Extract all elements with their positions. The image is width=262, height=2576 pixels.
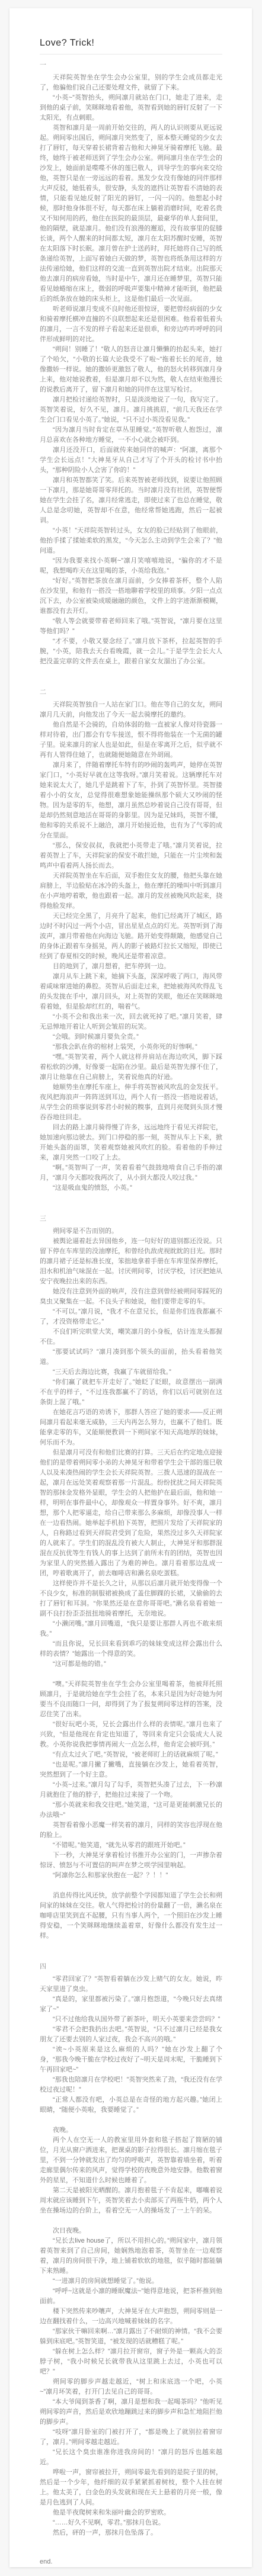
story-paragraph: 天祥院英智独自一人站在家门口。他在等自己的女友，朔间凛月几天前，向他发出了今天一… bbox=[40, 700, 222, 720]
story-paragraph: 在她花言巧语的劝诱下，那群人答应了她的要求——反正朔间凛月看起来毫无威胁，三天内… bbox=[40, 1408, 222, 1448]
story-paragraph: 凛月从车上跳下来，她摘下头盔，深深呼吸了两口，海风带着咸味窜进她的鼻腔。英智从后… bbox=[40, 972, 222, 1012]
story-paragraph: “因为我要来找小英啊~”凛月笑嘻嘻地说，“骗你的才不是呢，我想喝昨天在这里喝的茶… bbox=[40, 556, 222, 576]
story-paragraph: “小英不会和我出来一次，回去就死掉了吧。”凛月笑着，肆无忌惮地开着让人听到会皱眉… bbox=[40, 1012, 222, 1032]
story-paragraph: “不可以。”凛月说，“我才不在意兄长，但是你们连我都赢不了，才没资格带走它。” bbox=[40, 1307, 222, 1327]
story-paragraph: “会哦。到时候凛月要负全责。” bbox=[40, 1032, 222, 1042]
scene-break bbox=[40, 2216, 222, 2226]
story-paragraph: 英智看着像小恶魔一样笑着的凛月，同样的笑容也浮现在他的脸上。 bbox=[40, 1820, 222, 1841]
section-gap bbox=[40, 667, 222, 687]
story-paragraph: “小英！”天祥院英智转过头，女友的脸已经贴到了他眼前，他抬手揉了揉她柔软的黑发，… bbox=[40, 526, 222, 556]
story-paragraph: “阿凛你怎么和那家伙抱在一起？？！！” bbox=[40, 1871, 222, 1881]
story-paragraph: 她顺势坐在摩托车座上，伸手将英智被风吹乱的金发抚平。夜风把海浪声一阵阵送到耳边，… bbox=[40, 1083, 222, 1123]
story-paragraph: “也是呢。”凛月撇了撇嘴，直接躺在沙发上，她看着英智，突然想到了一个好主意。 bbox=[40, 1760, 222, 1780]
story-paragraph: “噢。”天祥院英智坐在学生会办公室里喝着茶，他被拜托照顾凛月，于是就给她在学生会… bbox=[40, 1679, 222, 1720]
story-body: 一天祥院英智坐在学生会办公室里，别的学生会成员都走光了，他骗他们说自己还要处理文… bbox=[40, 60, 222, 2538]
story-paragraph: “那要试试吗？”凛月凑到那个领头的面前，抬头看着他笑道。 bbox=[40, 1347, 222, 1367]
story-paragraph: “兄长去live house了，所以不用担心的。”朔间家中，凛月领着英智来到了自… bbox=[40, 2236, 222, 2276]
story-paragraph: “才不要，小敬又要念经了。”凛月放下茶杯，拉起英智的手腕，“小英，陪我去天台看晚… bbox=[40, 637, 222, 667]
story-paragraph: “嘿。”英智笑着，两个人就这样并肩站在海边吹风，脚下踩着松软的沙滩，好像要一起陷… bbox=[40, 1052, 222, 1083]
story-paragraph: “这可都是他的错。” bbox=[40, 1659, 222, 1669]
story-paragraph: “这是吸血鬼的愤怒，小英。” bbox=[40, 1183, 222, 1193]
story-paragraph: “很好玩吧小英，兄长会露出什么样的表情呢。”凛月也来了兴致，“但是他现在肯定也知… bbox=[40, 1720, 222, 1750]
story-paragraph: “吱呀”凛月卧室的门被打开了，“都是晚上了就别拉着窗帘了，凛月。”朔间零越走越近… bbox=[40, 2427, 222, 2447]
story-paragraph: 然后，砰的一声，那抹月色坠落了。 bbox=[40, 2528, 222, 2538]
section-marker: 四 bbox=[40, 1961, 222, 1971]
story-paragraph: “小英~过来。”凛月勾了勾手，英智把头凑了过去，下一秒凛月就抱住了他的脖子，把他… bbox=[40, 1780, 222, 1800]
section-marker: 三 bbox=[40, 1213, 222, 1223]
story-paragraph: 两个人在空无一人的教室里用外套和毯子搭起了简陋的铺位，月光从窗户洒进来，把课桌的… bbox=[40, 2135, 222, 2186]
story-paragraph: 朔间零是不告而别的。 bbox=[40, 1226, 222, 1236]
story-paragraph: 不良们听完哄堂大笑，嘲笑凛月的小身板，估计连龙头都握不住。 bbox=[40, 1327, 222, 1347]
story-paragraph: “正常人都没有吧，小英总是在奇怪的地方起兴趣。”她闭上眼睛，“随便小英啦，我要睡… bbox=[40, 2095, 222, 2115]
title-divider bbox=[40, 54, 222, 54]
story-paragraph: 凛月把检讨递给英智时，只是淡淡地说了一句，我写完了。英智笑着说，好久不见，凛月。… bbox=[40, 395, 222, 425]
article-card: Love? Trick! 一天祥院英智坐在学生会办公室里，别的学生会成员都走光了… bbox=[9, 8, 252, 2567]
story-paragraph: 天祥院英智坐在学生会办公室里，别的学生会成员都走光了，他骗他们说自己还要处理文件… bbox=[40, 73, 222, 93]
section-marker: 一 bbox=[40, 60, 222, 69]
story-paragraph: 第二天是被阳光晒醒的。凛月抱着毯子不肯起来，嘟囔着说周末就应该睡到下午，英智笑着… bbox=[40, 2186, 222, 2216]
story-paragraph: “你们赢了就把车开走好了。”她眨了眨眼，故意摆出一副满不在乎的样子，“不过连我都… bbox=[40, 1377, 222, 1408]
story-paragraph: 朔间零的脚步声越走越近，“树上和床底选一个吧，小英~”凛月坏笑着，打开门去见自己… bbox=[40, 2377, 222, 2397]
story-paragraph: 夜晚。 bbox=[40, 2125, 222, 2135]
story-paragraph: “只不过他给我从国外带了新茶叶，明天小英要来尝尝吗？” bbox=[40, 2015, 222, 2025]
story-paragraph: 英智和凛月是一周前开始交往的，两人的认识则要从更远说起。朔间零出国后，朔间凛月突… bbox=[40, 123, 222, 304]
story-paragraph: “好好。”英智把茶放在凛月面前，少女捧着茶杯，整个人陷在沙发里，和他有一搭没一搭… bbox=[40, 576, 222, 616]
story-paragraph: 凛月和英智都笑了笑。后来英智被老师找到，说要让他照顾一下凛月，那是她哥哥零拜托的… bbox=[40, 476, 222, 526]
section-marker: 二 bbox=[40, 687, 222, 696]
story-paragraph: “诶~小英原来是这么麻烦的人吗？”她在沙发上翻了个身，“那我今晚干脆在学校过夜好… bbox=[40, 2045, 222, 2075]
end-marker: end. bbox=[40, 2558, 222, 2565]
story-paragraph: “本大爷闻到茶香了啊，凛月是想和我一起喝茶吗？”他听见朔间零的声音，然后是欢欣地… bbox=[40, 2397, 222, 2427]
story-paragraph: “那我会趴在你的棺材上装哭，小英你死的好惨啊。” bbox=[40, 1042, 222, 1052]
story-paragraph: 下一秒，大神晃牙拿着检讨书推开办公室的门，一声掺杂着惊讶、愤怒与不可置信的叫声在… bbox=[40, 1851, 222, 1871]
story-paragraph: “小英~”英智抬头，朔间凛月就站在门口，她走了进来，走到他的桌子前，笑眯眯地看着… bbox=[40, 93, 222, 123]
story-paragraph: “兄长这个臭虫谁准你进我房间的！”凛月的怒斥也越来越近。 bbox=[40, 2447, 222, 2468]
story-paragraph: “小濑闭嘴。”凛月回嘴道，“我只是要让那群人再也不敢来烦我。” bbox=[40, 1619, 222, 1639]
story-paragraph: “而且你说，兄长回来看到乖巧的妹妹变成这样会露出什么样的表情？”她露出一个得意的… bbox=[40, 1639, 222, 1659]
section-gap bbox=[40, 1941, 222, 1961]
page-title: Love? Trick! bbox=[40, 38, 222, 49]
scene-break bbox=[40, 1881, 222, 1891]
story-paragraph: “那家伙干嘛回来啊…”凛月露出了不耐烦的神情。“我不会要躲到床底吧。”英智笑道，… bbox=[40, 2327, 222, 2347]
scene-break bbox=[40, 1669, 222, 1679]
story-paragraph: “一进凛月的房间就想睡觉了。”他说。 bbox=[40, 2276, 222, 2286]
story-paragraph: “敬人等会就要带着老师回来了哦。”英智说，“凛月要在这里等他们吗？” bbox=[40, 616, 222, 637]
story-paragraph: “有点太过火了吧。”英智说，“被老师盯上的话就麻烦了呢。” bbox=[40, 1750, 222, 1760]
story-paragraph: “零君不会把我扔出去吧。”英智说，“只不过凛月已经是我女朋友了还要去别的人家过夜… bbox=[40, 2025, 222, 2045]
story-paragraph: 楼下突然传来吵嚷声，大神晃牙在大声抱怨，朔间零则是一边在翻找着什么，一边高兴地喊… bbox=[40, 2307, 222, 2327]
story-paragraph: 哗啦一声，窗帘被拉开，朔间零最先看到的是院子里的树，然后是一个少年，他纤细的双手… bbox=[40, 2468, 222, 2508]
story-paragraph: 天已经完全黑了，月亮升了起来，他们已经离开了城区，路边时不时闪过一两个小店，冒出… bbox=[40, 911, 222, 962]
section-gap bbox=[40, 1193, 222, 1213]
story-paragraph: “躲在树上怎么样？”凛月拉开窗帘，窗子外是一颗高大的歪脖子树，“我小时候兄长就带… bbox=[40, 2347, 222, 2377]
story-paragraph: 但是凛月可没有和他们比赛的打算。三天后在约定地点迎接他们的是带着朔间零小弟的大神… bbox=[40, 1448, 222, 1579]
story-paragraph: “啊。”英智叫了一声，笑着看着气鼓鼓地啃食自己手指的凛月，“凛月今天都咬我两次了… bbox=[40, 1163, 222, 1183]
story-paragraph: 他自然是不会骑的，自幼体弱的他一直被家人像对待瓷器一样对待着，出门都会有专车接送… bbox=[40, 720, 222, 760]
story-paragraph: 凛月还没开口，后面就传来她同伴的喊声：“阿凛，离那个学生会长远点！”大神晃牙从自… bbox=[40, 445, 222, 476]
story-paragraph: “朔间！别睡了！”敬人的怒音让凛月懒懒的抬起头来，她打了个哈欠，“小敬的长篇大论… bbox=[40, 345, 222, 395]
story-paragraph: 她没有注意到外面的响声，没有注意到曾经被朔间零踩死的臭虫又聚集在一起。不良头子和… bbox=[40, 1287, 222, 1307]
story-paragraph: “那么，保安叔叔，我就把小英带走了哦。”凛月笑着说，拉着英智上了车，天祥院家的保… bbox=[40, 841, 222, 871]
story-paragraph: 消息传得比风还快，放学前整个学园都知道了学生会长和朔间家的妹妹在交往。敬人气得把… bbox=[40, 1891, 222, 1941]
story-paragraph: 这样使诈并不是长久之计，从那以后凛月就开始变得像一个不良少女，标准的制服裙被换成… bbox=[40, 1579, 222, 1619]
story-paragraph: 听老师说凛月变成不良时他还很惊讶，要把曾经病弱的少女和骑着摩托横冲直撞的不良联想… bbox=[40, 304, 222, 345]
story-paragraph: “那我也陪凛月在学校吧！”英智突然来了劲，“我还没有在学校过夜过呢！” bbox=[40, 2075, 222, 2095]
story-paragraph: “真是的，家里都被污染了。”凛月抱怨道，“今晚只好去真绪家了~” bbox=[40, 1994, 222, 2015]
story-paragraph: “零君回家了？”英智看着躺在沙发上赌气的女友。她说，昨天家里进了臭虫。 bbox=[40, 1974, 222, 1994]
story-paragraph: 被舆论逼着赶去异国他乡，连一句好好的道别都还没说。只留下停在车库里的没油摩托，和… bbox=[40, 1236, 222, 1287]
story-paragraph: “呼呼~这就是小凛的睡眠魔法~”她得意地说，把茶杯推到他面前。 bbox=[40, 2286, 222, 2307]
story-paragraph: “那小英就来和我交往吧。”她笑道，“这可是更能刺激兄长的办法哦~” bbox=[40, 1800, 222, 1820]
story-paragraph: “因为凛月当时肯定在草丛里睡觉。”英智听敬人抱怨过，凛月总喜欢在各种地方睡觉，一… bbox=[40, 425, 222, 445]
story-paragraph: 回去的路上凛月骑得慢了许多，远远地终于看见天祥院宅，她加速向那边驶去。到门口停稳… bbox=[40, 1123, 222, 1163]
story-paragraph: “不错呢。”他笑道，“就先从零君的跟班开始吧。” bbox=[40, 1841, 222, 1851]
story-paragraph: 凛月来了，伴随着摩托车特有的吵闹的轰鸣声，她停在英智家门口，“小英好早就在这等我… bbox=[40, 760, 222, 841]
story-paragraph: “三天后去海边比赛，我赢了车就留给我。” bbox=[40, 1367, 222, 1377]
scene-break bbox=[40, 2115, 222, 2125]
story-paragraph: “……好久不见啊，零君。”那抹月色说。 bbox=[40, 2518, 222, 2528]
story-paragraph: 次日夜晚。 bbox=[40, 2226, 222, 2236]
story-paragraph: 他是半夜爬树来和朱丽叶幽会的罗密欧。 bbox=[40, 2508, 222, 2518]
story-paragraph: 天祥院英智坐在车后面，双手抱住女友的腰，他把头靠在她肩膀上，半边脸贴在冰冷的头盔… bbox=[40, 871, 222, 911]
story-paragraph: 目的地到了，凛月想着，把车停到一边。 bbox=[40, 962, 222, 972]
